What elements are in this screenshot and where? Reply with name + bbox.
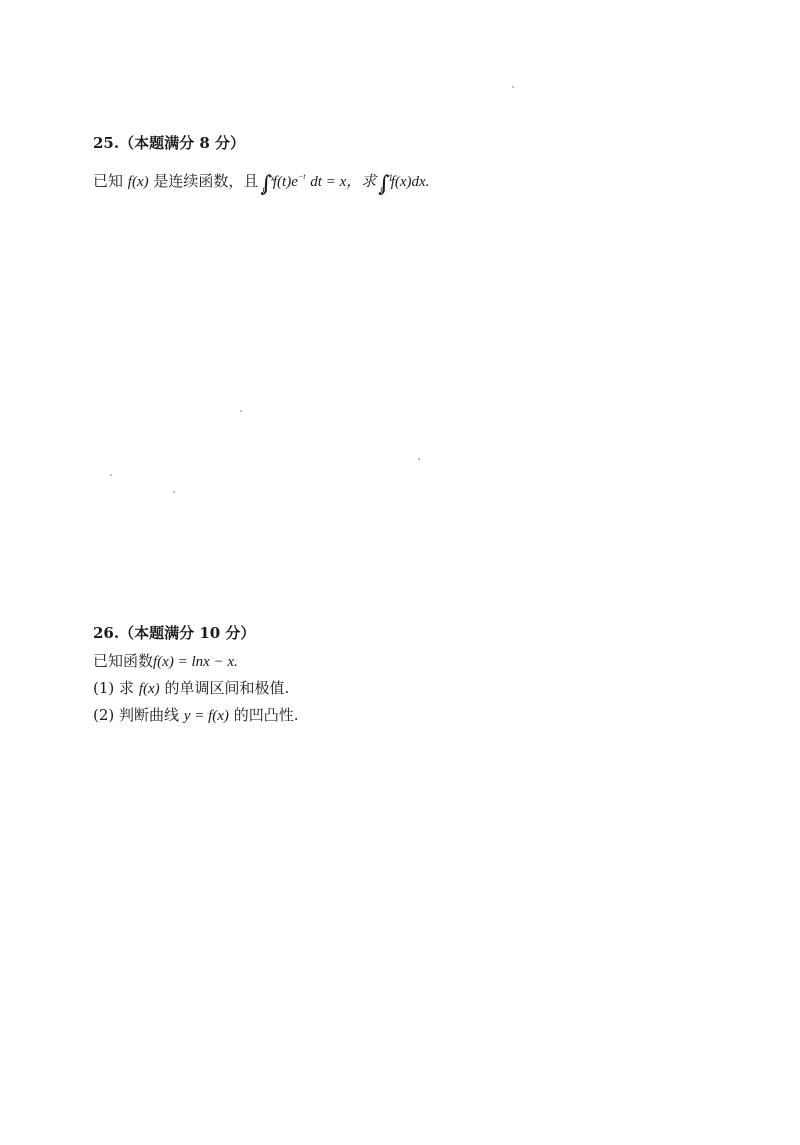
question-26-part-2: (2) 判断曲线 y = f(x) 的凹凸性. [93,702,299,729]
question-25-header: 25.（本题满分 8 分） [93,130,429,156]
integral-lower-limit: 0 [262,178,267,204]
question-26-header: 26.（本题满分 10 分） [93,620,299,646]
scan-speck [418,458,420,460]
scan-speck [173,491,175,493]
integral-lower-limit: 0 [380,178,385,204]
part-pre: 判断曲线 [119,706,179,724]
given-prefix: 已知函数 [93,652,153,670]
integral-1-tail: dt = x，求 [310,174,376,190]
question-25: 25.（本题满分 8 分） 已知 f(x) 是连续函数，且∫x0f(t)e−t … [93,130,429,198]
given-expression: f(x) = lnx − x. [153,654,238,670]
question-number: 26. [93,624,119,642]
integral-sign-icon: ∫x0 [260,172,271,198]
part-pre: 求 [119,679,134,697]
part-post: 的凹凸性. [234,706,299,724]
question-number: 25. [93,134,119,152]
integrand-2: f(x)dx. [391,174,430,190]
part-label: (2) [93,706,114,724]
question-25-statement: 已知 f(x) 是连续函数，且∫x0f(t)e−t dt = x，求∫10f(x… [93,164,429,198]
exponent: −t [298,172,306,181]
integral-upper-limit: x [270,166,275,192]
score-note: （本题满分 8 分） [119,134,245,152]
part-expression: y = f(x) [184,708,229,724]
integral-sign-icon: ∫10 [378,172,389,198]
part-label: (1) [93,679,114,697]
question-26: 26.（本题满分 10 分） 已知函数f(x) = lnx − x. (1) 求… [93,620,299,729]
function-fx: f(x) [128,174,149,190]
part-post: 的单调区间和极值. [164,679,289,697]
score-note: （本题满分 10 分） [119,624,255,642]
question-26-given: 已知函数f(x) = lnx − x. [93,648,299,675]
text-prefix: 已知 [93,172,123,190]
integrand-1: f(t)e [273,174,298,190]
text-mid: 是连续函数，且 [153,172,258,190]
scan-speck [240,410,242,412]
scan-speck [512,86,514,88]
integral-upper-limit: 1 [388,166,393,192]
scan-speck [110,474,112,476]
question-26-part-1: (1) 求 f(x) 的单调区间和极值. [93,675,299,702]
part-expression: f(x) [139,681,160,697]
